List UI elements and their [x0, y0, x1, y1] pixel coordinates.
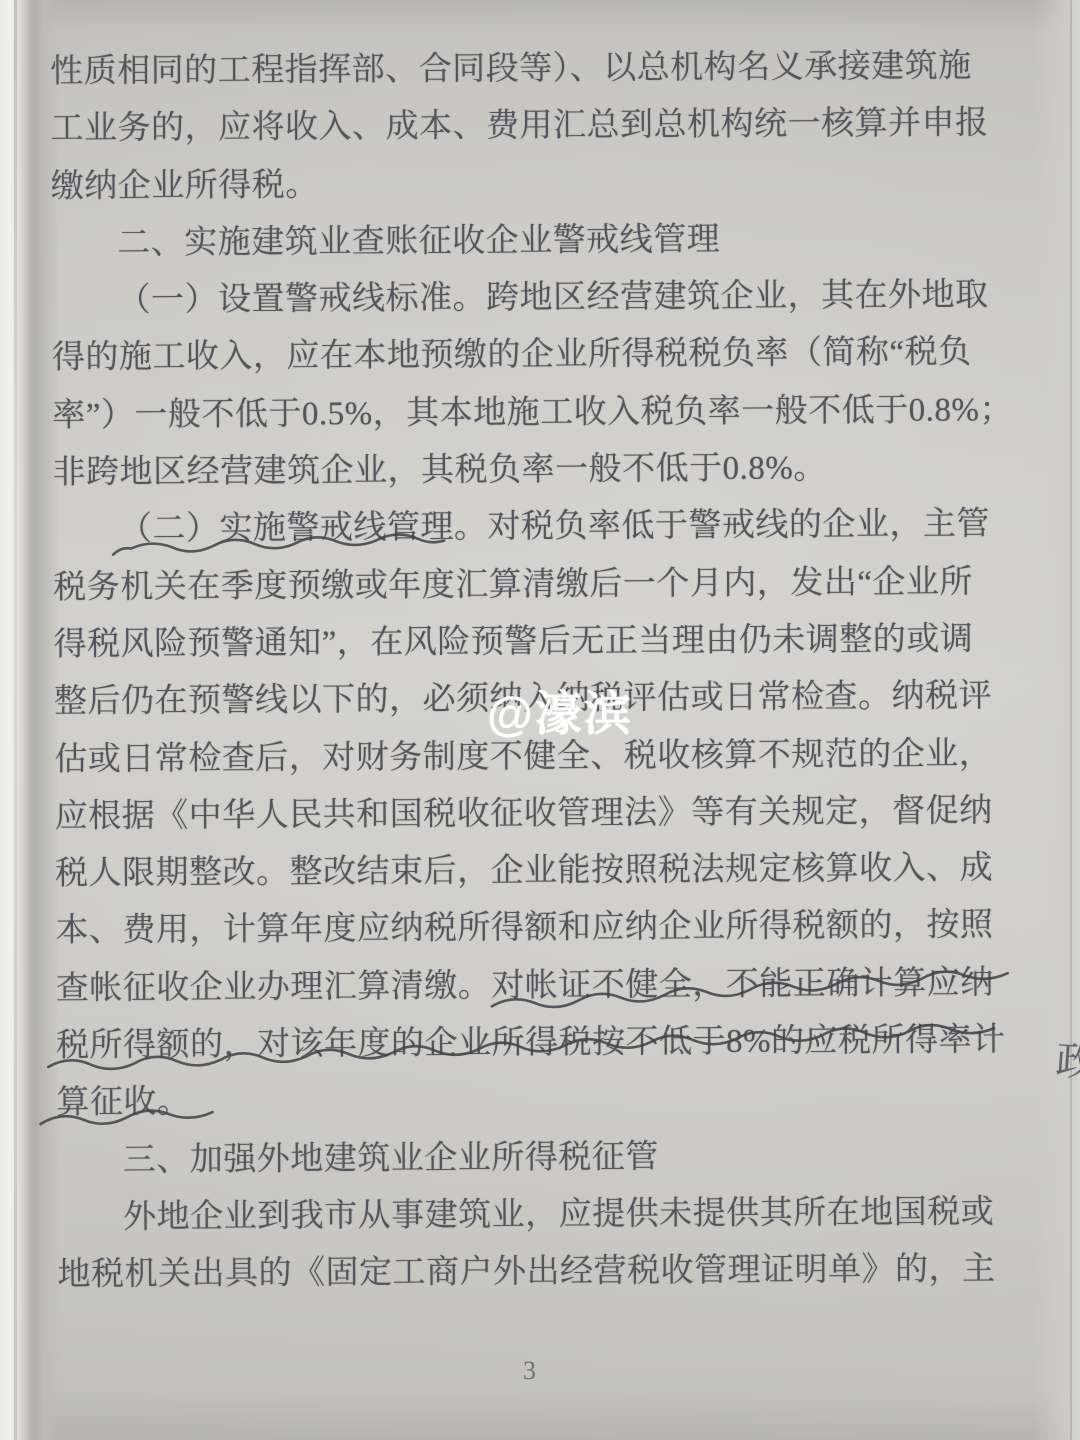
text-line: （一）设置警戒线标准。跨地区经营建筑企业，其在外地取	[51, 267, 1061, 330]
text-line: 应根据《中华人民共和国税收征收管理法》等有关规定，督促纳	[55, 783, 1065, 846]
page-text: 性质相同的工程指挥部、合同段等）、以总机构名义承接建筑施 工业务的，应将收入、成…	[50, 38, 1068, 1305]
text-line: 外地企业到我市从事建筑业，应提供未提供其所在地国税或	[57, 1184, 1067, 1247]
clipped-margin-character: 政	[1054, 1029, 1080, 1089]
text-line: 缴纳企业所得税。	[51, 152, 1061, 215]
text-line: 查帐征收企业办理汇算清缴。对帐证不健全，不能正确计算应纳	[56, 955, 1066, 1018]
text-line: 性质相同的工程指挥部、合同段等）、以总机构名义承接建筑施	[50, 38, 1060, 101]
text-line: 工业务的，应将收入、成本、费用汇总到总机构统一核算并申报	[50, 95, 1060, 158]
paper-bottom-shadow	[0, 1390, 1080, 1440]
section-heading: 三、加强外地建筑业企业所得税征管	[57, 1126, 1067, 1189]
text-line: 算征收。	[56, 1069, 1066, 1132]
document-photo: 性质相同的工程指挥部、合同段等）、以总机构名义承接建筑施 工业务的，应将收入、成…	[0, 0, 1080, 1440]
text-line: 得的施工收入，应在本地预缴的企业所得税税负率（简称“税负	[52, 324, 1062, 387]
text-line: 税人限期整改。整改结束后，企业能按照税法规定核算收入、成	[55, 840, 1065, 903]
text-line: 税所得额的，对该年度的企业所得税按不低于8%的应税所得率计	[56, 1012, 1066, 1075]
text-line: （二）实施警戒线管理。对税负率低于警戒线的企业，主管	[53, 496, 1063, 559]
paper-top-shadow	[0, 0, 1080, 34]
text-line: 得税风险预警通知”，在风险预警后无正当理由仍未调整的或调	[54, 611, 1064, 674]
text-line: 税务机关在季度预缴或年度汇算清缴后一个月内，发出“企业所	[53, 553, 1063, 616]
page-number: 3	[0, 1356, 1060, 1386]
text-line: 本、费用，计算年度应纳税所得额和应纳企业所得税额的，按照	[55, 897, 1065, 960]
watermark: @濠滨	[487, 688, 633, 740]
text-line: 率”）一般不低于0.5%，其本地施工收入税负率一般不低于0.8%；	[52, 382, 1062, 445]
section-heading: 二、实施建筑业查账征收企业警戒线管理	[51, 210, 1061, 273]
text-line: 非跨地区经营建筑企业，其税负率一般不低于0.8%。	[52, 439, 1062, 502]
text-line: 地税机关出具的《固定工商户外出经营税收管理证明单》的，主	[57, 1241, 1067, 1304]
